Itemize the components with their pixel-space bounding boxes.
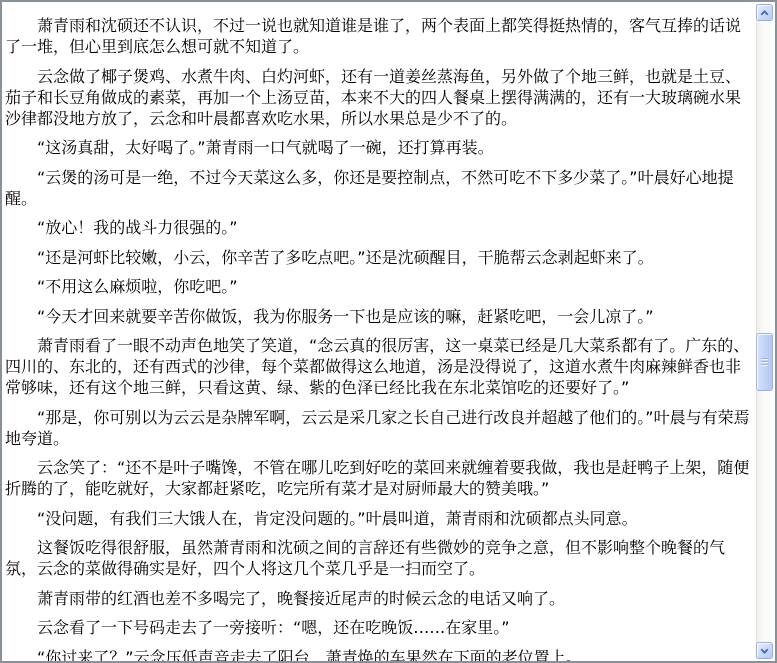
paragraph: “放心！我的战斗力很强的。” [5,217,754,238]
paragraph: “没问题，有我们三大饿人在，肯定没问题的。”叶晨叫道，萧青雨和沈硕都点头同意。 [5,508,754,529]
novel-text: 萧青雨和沈硕还不认识，不过一说也就知道谁是谁了，两个表面上都笑得挺热情的，客气互… [2,2,756,661]
thumb-gripper-icon [761,358,768,366]
paragraph: “那是，你可别以为云云是杂牌军啊，云云是采几家之长自己进行改良并超越了他们的。”… [5,407,754,449]
chevron-up-icon [760,10,769,16]
paragraph: “不用这么麻烦啦，你吃吧。” [5,276,754,297]
paragraph: 萧青雨看了一眼不动声色地笑了笑道，“念云真的很厉害，这一桌菜已经是几大菜系都有了… [5,335,754,398]
vertical-scrollbar[interactable] [756,4,773,659]
paragraph: 这餐饭吃得很舒服，虽然萧青雨和沈硕之间的言辞还有些微妙的竞争之意，但不影响整个晚… [5,537,754,579]
paragraph: “云煲的汤可是一绝，不过今天菜这么多，你还是要控制点，不然可吃不下多少菜了。”叶… [5,167,754,209]
paragraph: “今天才回来就要辛苦你做饭，我为你服务一下也是应该的嘛，赶紧吃吧，一会儿凉了。” [5,306,754,327]
scroll-up-button[interactable] [756,4,773,21]
paragraph: “还是河虾比较嫩，小云，你辛苦了多吃点吧。”还是沈硕醒目，干脆帮云念剥起虾来了。 [5,247,754,268]
paragraph: 萧青雨带的红酒也差不多喝完了，晚餐接近尾声的时候云念的电话又响了。 [5,588,754,609]
paragraph: “这汤真甜，太好喝了。”萧青雨一口气就喝了一碗，还打算再装。 [5,137,754,158]
scroll-down-button[interactable] [756,642,773,659]
chevron-down-icon [760,648,769,654]
paragraph: “你过来了？”云念压低声音走去了阳台，萧青焕的车果然在下面的老位置上。 [5,647,754,662]
paragraph: 萧青雨和沈硕还不认识，不过一说也就知道谁是谁了，两个表面上都笑得挺热情的，客气互… [5,15,754,57]
paragraph: 云念看了一下号码走去了一旁接听：“嗯，还在吃晚饭……在家里。” [5,617,754,638]
scrollbar-track[interactable] [756,21,773,642]
paragraph: 云念做了椰子煲鸡、水煮牛肉、白灼河虾，还有一道姜丝蒸海鱼，另外做了个地三鲜，也就… [5,66,754,129]
reader-page: 萧青雨和沈硕还不认识，不过一说也就知道谁是谁了，两个表面上都笑得挺热情的，客气互… [0,0,777,663]
paragraph: 云念笑了：“还不是叶子嘴馋，不管在哪儿吃到好吃的菜回来就缠着要我做，我也是赶鸭子… [5,457,754,499]
scrollbar-thumb[interactable] [756,333,773,391]
